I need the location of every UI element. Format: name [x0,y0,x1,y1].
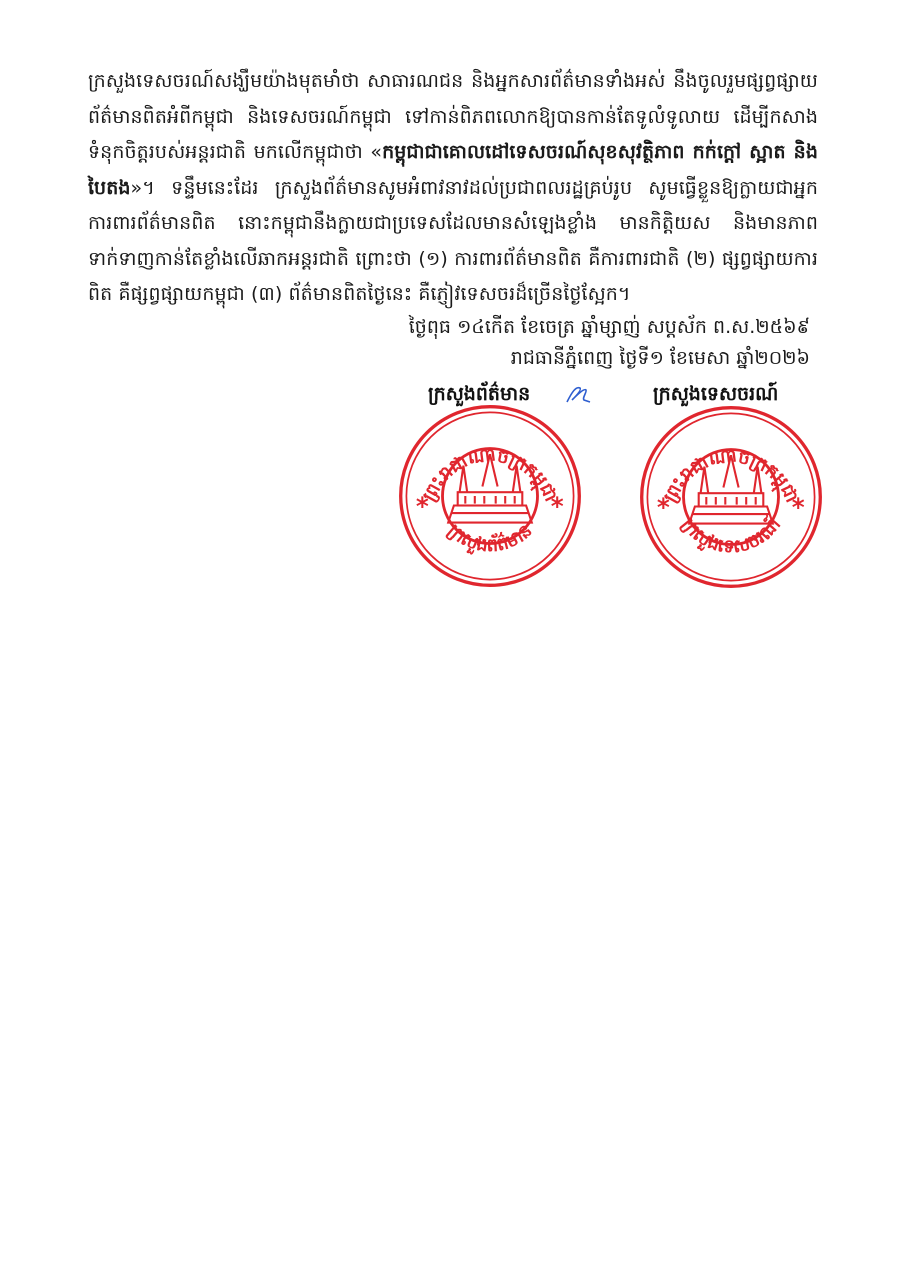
svg-text:*: * [551,492,564,521]
svg-text:ព្រះរាជាណាចក្រកម្ពុជា: ព្រះរាជាណាចក្រកម្ពុជា [660,445,803,506]
svg-text:*: * [657,493,670,522]
svg-text:*: * [792,493,805,522]
seal-ministry-tourism: ព្រះរាជាណាចក្រកម្ពុជា ក្រសួងទេសចរណ៍ * * [636,402,826,592]
svg-text:ក្រសួងព័ត៌មាន: ក្រសួងព័ត៌មាន [443,520,536,556]
date-block: ថ្ងៃពុធ ១៤កើត ខែចេត្រ ឆ្នាំម្សាញ់ សប្តស័… [409,312,810,374]
seal-top-text: ព្រះរាជាណាចក្រកម្ពុជា [419,444,562,505]
svg-text:ព្រះរាជាណាចក្រកម្ពុជា: ព្រះរាជាណាចក្រកម្ពុជា [419,444,562,505]
seal-bottom-text: ក្រសួងព័ត៌មាន [443,520,536,556]
body-paragraph: ក្រសួងទេសចរណ៍សង្ឃឹមយ៉ាងមុតមាំថា សាធារណជន… [88,64,818,313]
document-page: ក្រសួងទេសចរណ៍សង្ឃឹមយ៉ាងមុតមាំថា សាធារណជន… [0,0,905,1280]
seal-ministry-information: ព្រះរាជាណាចក្រកម្ពុជា ក្រសួងព័ត៌មាន * * [395,401,585,591]
svg-text:ក្រសួងទេសចរណ៍: ក្រសួងទេសចរណ៍ [677,513,785,558]
date-solar: រាជធានីភ្នំពេញ ថ្ងៃទី១ ខែមេសា ឆ្នាំ២០២៦ [409,343,810,374]
paragraph-part-2: »។ ទន្ទឹមនេះដែរ ក្រសួងព័ត៌មានសូមអំពាវនាវ… [88,177,818,306]
date-lunar: ថ្ងៃពុធ ១៤កើត ខែចេត្រ ឆ្នាំម្សាញ់ សប្តស័… [409,312,810,343]
seal-bottom-text: ក្រសួងទេសចរណ៍ [677,513,785,558]
svg-text:*: * [416,492,429,521]
seal-top-text: ព្រះរាជាណាចក្រកម្ពុជា [660,445,803,506]
